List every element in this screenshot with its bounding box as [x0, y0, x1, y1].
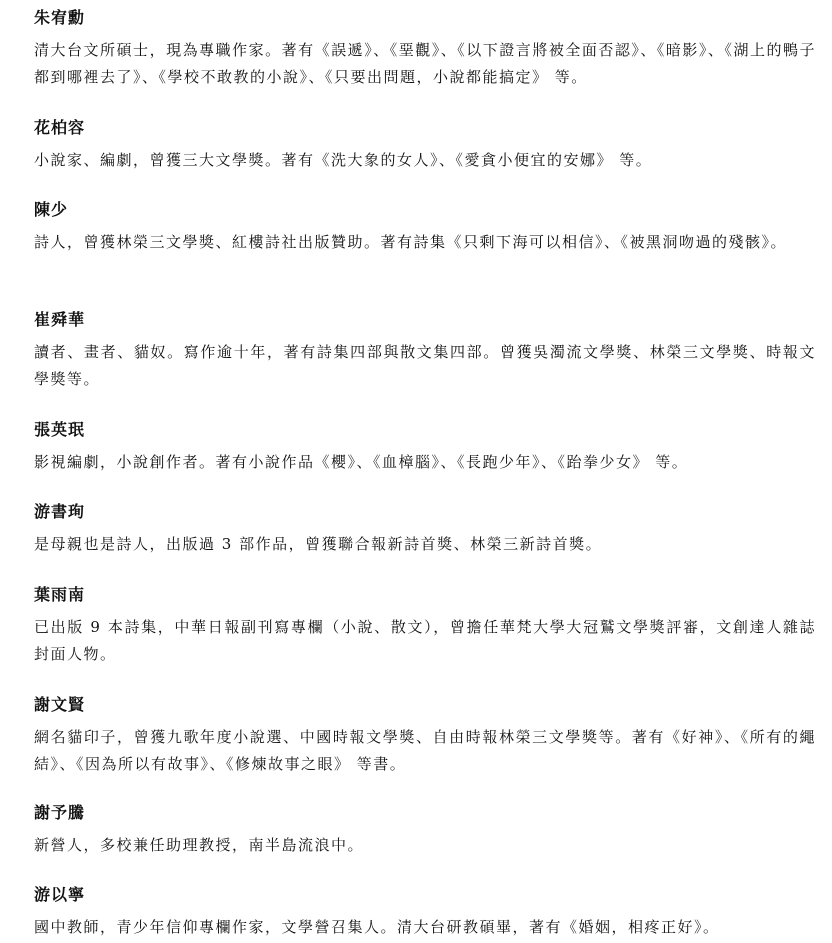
author-entry: 游以寧 國中教師，青少年信仰專欄作家，文學營召集人。清大台研教碩畢，著有《婚姻，… — [34, 885, 816, 941]
author-name: 葉雨南 — [34, 585, 816, 607]
author-name: 崔舜華 — [34, 310, 816, 332]
author-name: 游以寧 — [34, 885, 816, 907]
author-name: 陳少 — [34, 200, 816, 222]
author-entry: 游書珣 是母親也是詩人，出版過 3 部作品，曾獲聯合報新詩首獎、林榮三新詩首獎。 — [34, 502, 816, 558]
author-name: 花柏容 — [34, 118, 816, 140]
author-bio: 讀者、畫者、貓奴。寫作逾十年，著有詩集四部與散文集四部。曾獲吳濁流文學獎、林榮三… — [34, 339, 816, 393]
author-bio: 小說家、編劇，曾獲三大文學獎。著有《洗大象的女人》、《愛貪小便宜的安娜》 等。 — [34, 147, 816, 174]
author-bio: 是母親也是詩人，出版過 3 部作品，曾獲聯合報新詩首獎、林榮三新詩首獎。 — [34, 531, 816, 558]
author-name: 謝文賢 — [34, 695, 816, 717]
author-bio: 網名貓印子，曾獲九歌年度小說選、中國時報文學獎、自由時報林榮三文學獎等。著有《好… — [34, 724, 816, 778]
author-entry: 謝予騰 新營人，多校兼任助理教授，南半島流浪中。 — [34, 803, 816, 859]
author-entry: 陳少 詩人，曾獲林榮三文學獎、紅樓詩社出版贊助。著有詩集《只剩下海可以相信》、《… — [34, 200, 816, 256]
author-entry: 葉雨南 已出版 9 本詩集，中華日報副刊寫專欄（小說、散文），曾擔任華梵大學大冠… — [34, 585, 816, 668]
author-bio: 已出版 9 本詩集，中華日報副刊寫專欄（小說、散文），曾擔任華梵大學大冠鷲文學獎… — [34, 614, 816, 668]
author-bio: 國中教師，青少年信仰專欄作家，文學營召集人。清大台研教碩畢，著有《婚姻，相疼正好… — [34, 914, 816, 941]
author-entry: 崔舜華 讀者、畫者、貓奴。寫作逾十年，著有詩集四部與散文集四部。曾獲吳濁流文學獎… — [34, 310, 816, 393]
author-bio: 詩人，曾獲林榮三文學獎、紅樓詩社出版贊助。著有詩集《只剩下海可以相信》、《被黑洞… — [34, 229, 816, 256]
author-name: 朱宥勳 — [34, 8, 816, 30]
author-entry: 張英珉 影視編劇，小說創作者。著有小說作品《櫻》、《血樟腦》、《長跑少年》、《跆… — [34, 420, 816, 476]
author-bio: 影視編劇，小說創作者。著有小說作品《櫻》、《血樟腦》、《長跑少年》、《跆拳少女》… — [34, 449, 816, 476]
author-bio: 清大台文所碩士，現為專職作家。著有《誤遞》、《堊觀》、《以下證言將被全面否認》、… — [34, 37, 816, 91]
author-name: 張英珉 — [34, 420, 816, 442]
author-name: 謝予騰 — [34, 803, 816, 825]
author-entry: 謝文賢 網名貓印子，曾獲九歌年度小說選、中國時報文學獎、自由時報林榮三文學獎等。… — [34, 695, 816, 778]
author-entry: 花柏容 小說家、編劇，曾獲三大文學獎。著有《洗大象的女人》、《愛貪小便宜的安娜》… — [34, 118, 816, 174]
author-entry: 朱宥勳 清大台文所碩士，現為專職作家。著有《誤遞》、《堊觀》、《以下證言將被全面… — [34, 8, 816, 91]
author-bio: 新營人，多校兼任助理教授，南半島流浪中。 — [34, 832, 816, 859]
author-name: 游書珣 — [34, 502, 816, 524]
